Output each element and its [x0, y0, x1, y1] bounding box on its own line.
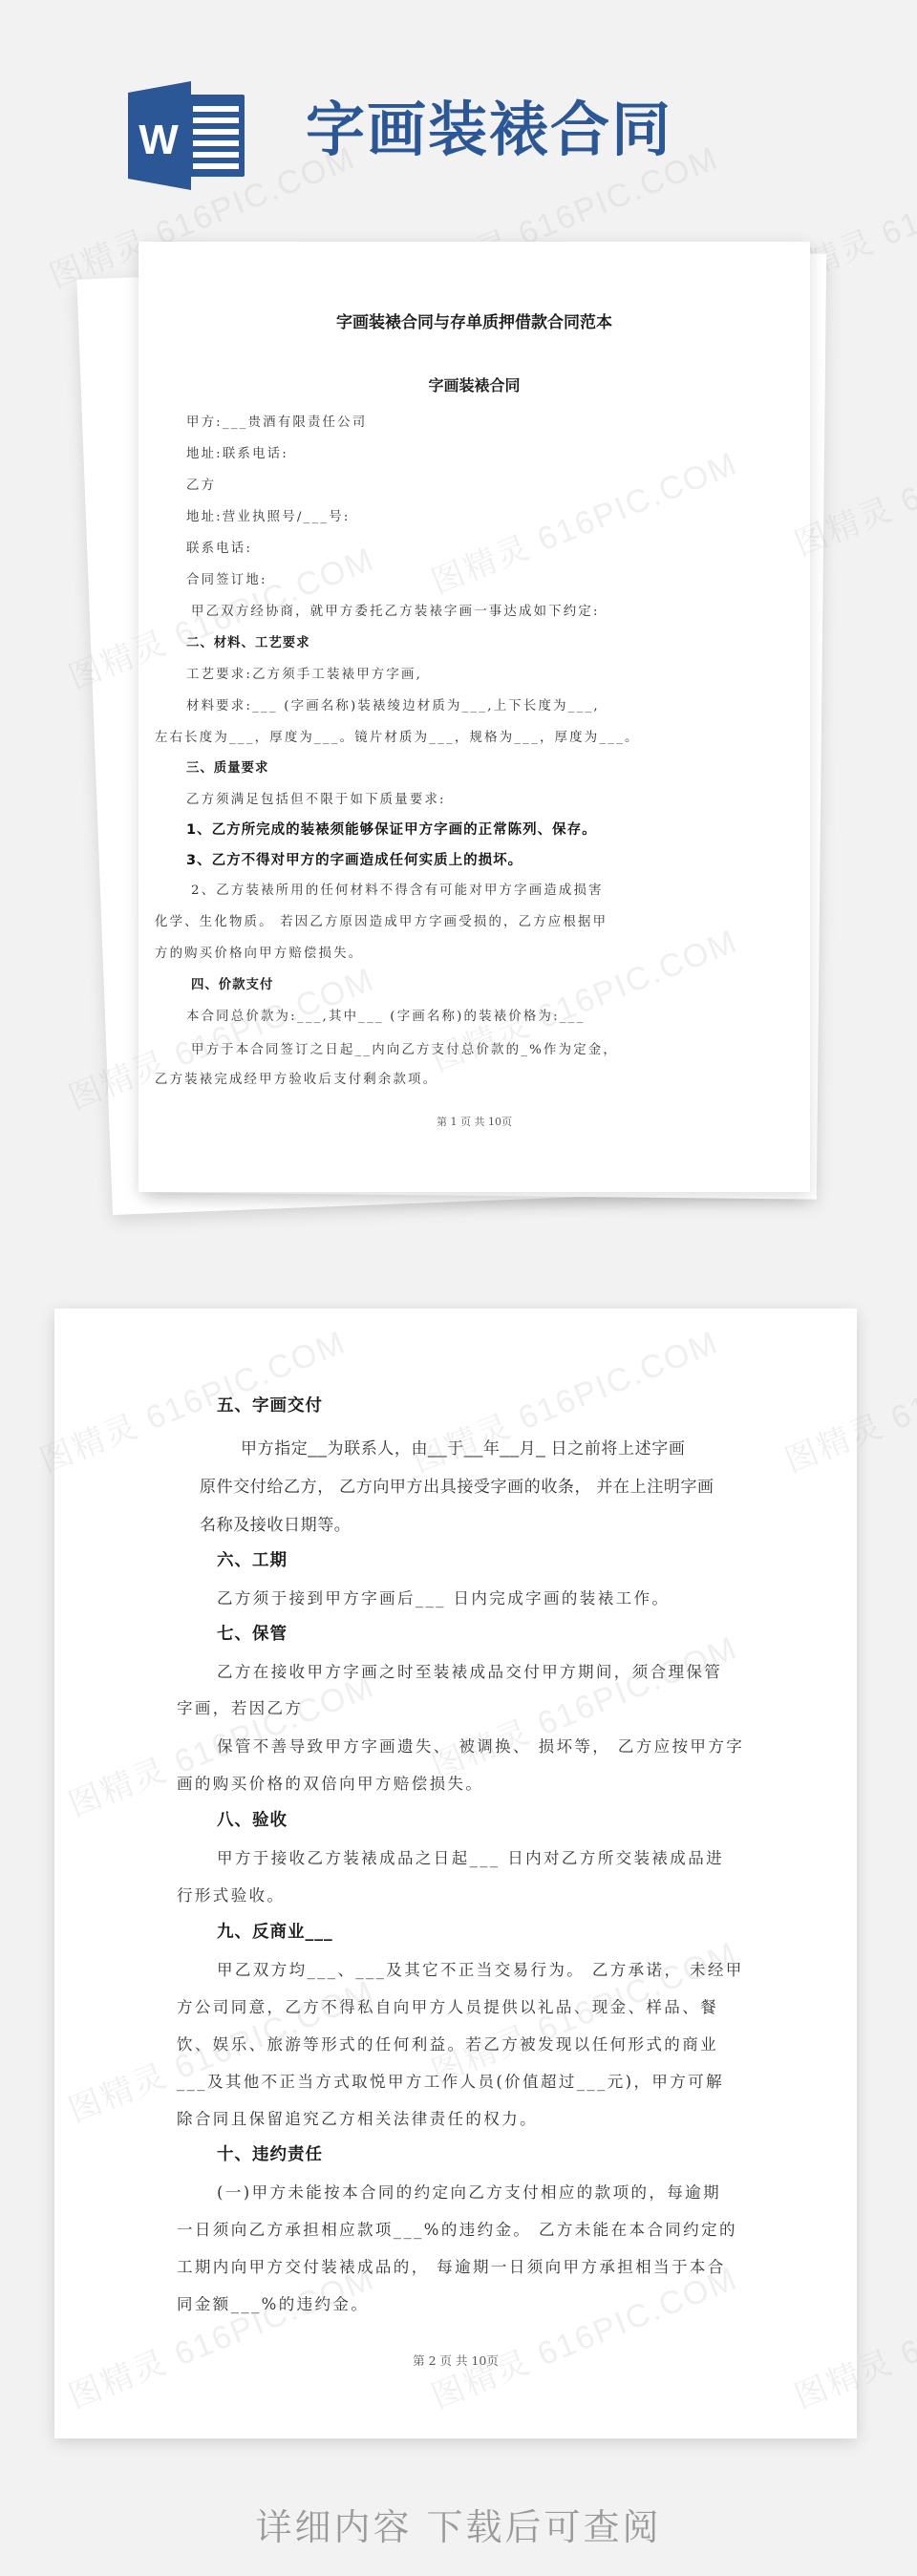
section-heading: 二、材料、工艺要求 — [186, 632, 310, 650]
license-line: 地址:营业执照号/___号: — [186, 506, 351, 524]
party-a-line: 甲方:___贵酒有限责任公司 — [186, 412, 367, 430]
paragraph: 材料要求:___ (字画名称)装裱绫边材质为___,上下长度为___, — [186, 695, 600, 713]
paragraph: 乙方在接收甲方字画之时至装裱成品交付甲方期间，须合理保管 — [217, 1659, 722, 1682]
paragraph: 工期内向甲方交付装裱成品的， 每逾期一日须向甲方承担相当于本合 — [177, 2254, 726, 2277]
party-b-line: 乙方 — [186, 475, 216, 493]
paragraph-bold: 3、乙方不得对甲方的字画造成任何实质上的损坏。 — [186, 849, 522, 869]
paragraph: 行形式验收。 — [177, 1883, 285, 1905]
paragraph: 一日须向乙方承担相应款项___%的违约金。 乙方未能在本合同约定的 — [177, 2217, 737, 2240]
paragraph: (一)甲方未能按本合同的约定向乙方支付相应的款项的，每逾期 — [217, 2180, 721, 2203]
paragraph: 字画，若因乙方 — [177, 1695, 303, 1718]
contract-title: 字画装裱合同 — [139, 373, 810, 395]
paragraph: 方的购买价格向甲方赔偿损失。 — [155, 943, 363, 961]
section-heading: 五、字画交付 — [217, 1393, 323, 1416]
paragraph: 乙方装裱完成经甲方验收后支付剩余款项。 — [155, 1069, 437, 1087]
paragraph: 除合同且保留追究乙方相关法律责任的权力。 — [177, 2106, 538, 2129]
header-title: 字画装裱合同 — [306, 92, 672, 168]
page-number: 第 2 页 共 10页 — [54, 2352, 857, 2369]
paragraph: 化学、生化物质。 若因乙方原因造成甲方字画受损的，乙方应根据甲 — [155, 911, 608, 929]
section-heading: 六、工期 — [217, 1547, 288, 1571]
paragraph: 甲方于接收乙方装裱成品之日起___ 日内对乙方所交装裱成品进 — [217, 1845, 724, 1868]
paragraph: 甲乙双方均___、___及其它不正当交易行为。 乙方承诺， 未经甲 — [217, 1957, 744, 1980]
paragraph: 甲乙双方经协商，就甲方委托乙方装裱字画一事达成如下约定: — [191, 601, 600, 619]
document-page-2: 五、字画交付 甲方指定__为联系人，由__于__年__月_ 日之前将上述字画 原… — [54, 1309, 857, 2438]
phone-line: 联系电话: — [186, 538, 252, 556]
paragraph: 同金额___%的违约金。 — [177, 2291, 369, 2314]
paragraph: 名称及接收日期等。 — [200, 1511, 351, 1535]
paragraph: 方公司同意，乙方不得私自向甲方人员提供以礼品、现金、样品、餐 — [177, 1994, 718, 2017]
document-title: 字画装裱合同与存单质押借款合同范本 — [139, 309, 810, 332]
document-page-1: 字画装裱合同与存单质押借款合同范本 字画装裱合同 甲方:___贵酒有限责任公司 … — [139, 242, 810, 1192]
paragraph: 饮、娱乐、旅游等形式的任何利益。若乙方被发现以任何形式的商业 — [177, 2032, 718, 2054]
paragraph: 左右长度为___，厚度为___。镜片材质为___，规格为___，厚度为___。 — [155, 727, 640, 745]
sign-place-line: 合同签订地: — [186, 569, 267, 587]
paragraph: 原件交付给乙方， 乙方向甲方出具接受字画的收条， 并在上注明字画 — [200, 1473, 714, 1497]
section-heading: 四、价款支付 — [191, 974, 273, 992]
word-document-icon: W — [128, 81, 246, 190]
paragraph: 乙方须于接到甲方字画后___ 日内完成字画的装裱工作。 — [217, 1586, 670, 1608]
header: W 字画装裱合同 — [0, 0, 917, 229]
paragraph: 甲方指定__为联系人，由__于__年__月_ 日之前将上述字画 — [241, 1435, 685, 1458]
paragraph-bold: 1、乙方所完成的装裱须能够保证甲方字画的正常陈列、保存。 — [186, 819, 597, 839]
paragraph: 保管不善导致甲方字画遗失、 被调换、 损坏等， 乙方应按甲方字 — [217, 1734, 744, 1756]
paragraph: 2、乙方装裱所用的任何材料不得含有可能对甲方字画造成损害 — [191, 880, 604, 898]
paragraph: 画的购买价格的双倍向甲方赔偿损失。 — [177, 1771, 483, 1794]
paragraph: 乙方须满足包括但不限于如下质量要求: — [186, 789, 446, 807]
section-heading: 七、保管 — [217, 1621, 288, 1645]
paragraph: 工艺要求:乙方须手工装裱甲方字画, — [186, 664, 422, 682]
section-heading: 九、反商业___ — [217, 1919, 333, 1943]
svg-text:W: W — [139, 117, 179, 163]
section-heading: 八、验收 — [217, 1807, 288, 1831]
section-heading: 三、质量要求 — [186, 757, 268, 776]
address-line: 地址:联系电话: — [186, 443, 288, 461]
page-number: 第 1 页 共 10页 — [139, 1114, 810, 1129]
paragraph: 本合同总价款为:___,其中___ (字画名称)的装裱价格为:___ — [186, 1006, 585, 1024]
paragraph: ___及其他不正当方式取悦甲方工作人员(价值超过___元)，甲方可解 — [177, 2069, 724, 2092]
paragraph: 甲方于本合同签订之日起__内向乙方支付总价款的_%作为定金， — [191, 1039, 618, 1057]
section-heading: 十、违约责任 — [217, 2141, 323, 2165]
download-prompt: 详细内容 下载后可查阅 — [0, 2498, 917, 2550]
